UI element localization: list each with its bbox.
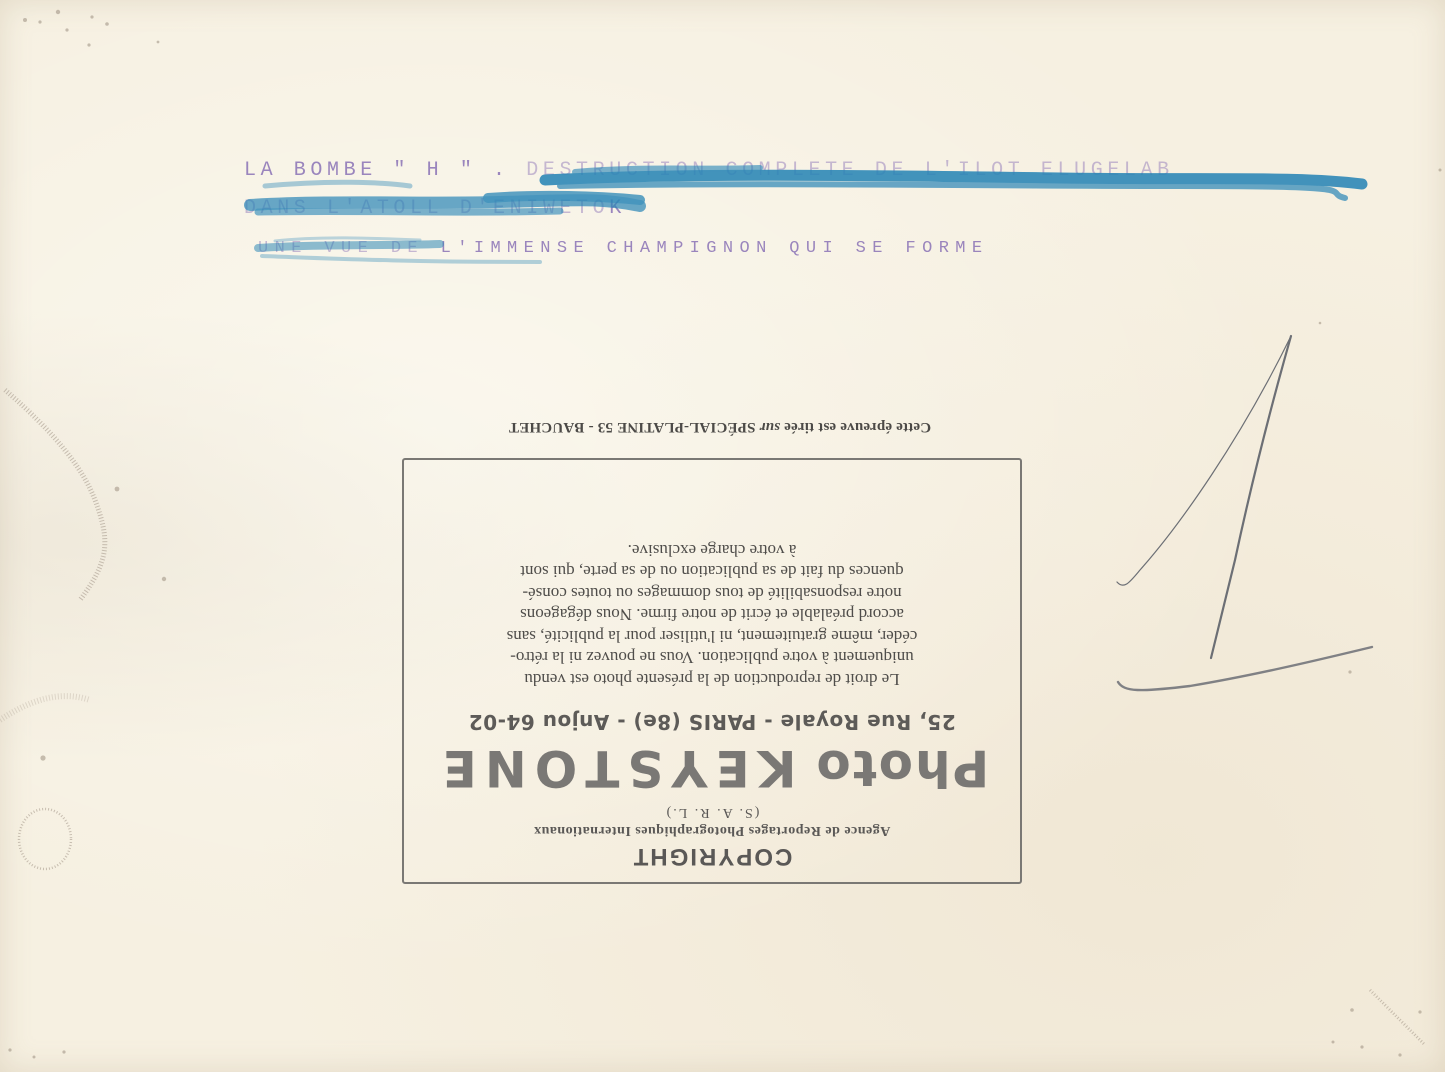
caption-line-2-tail: K	[609, 197, 626, 220]
notice-line: accord préalable et écrit de notre firme…	[442, 604, 982, 626]
paper-note-suffix: SPÉCIAL-PLATINE 53 - BAUCHET	[509, 419, 756, 435]
copyright-heading: COPYRIGHT	[404, 842, 1020, 870]
notice-line: à votre charge exclusive.	[442, 540, 982, 562]
agency-name: Agence de Reportages Photographiques Int…	[404, 822, 1020, 838]
notice-line: uniquement à votre publication. Vous ne …	[442, 647, 982, 669]
pencil-numeral-1-icon	[1100, 320, 1400, 720]
brand-name: KEYSTONE	[435, 739, 797, 797]
notice-line: Le droit de reproduction de la présente …	[442, 669, 982, 691]
paper-grade-note: Cette épreuve est tirée sur SPÉCIAL-PLAT…	[440, 418, 1000, 435]
caption-line-1-crossed: DESTRUCTION COMPLETE DE L'ILOT ELUGELAB	[526, 159, 1173, 182]
paper-note-prefix: Cette épreuve est tirée	[784, 419, 931, 435]
paper-note-sur: sur	[759, 419, 780, 435]
notice-line: notre responsabilité de tous dommages ou…	[442, 583, 982, 605]
caption-line-3-crossed: UNE VUE DE	[258, 239, 424, 258]
copyright-stamp: COPYRIGHT Agence de Reportages Photograp…	[402, 458, 1022, 884]
brand-prefix: Photo	[814, 739, 989, 797]
caption-line-2: DANS L'ATOLL D'ENIWETOK	[244, 188, 1174, 228]
notice-line: quences du fait de sa publication ou de …	[442, 561, 982, 583]
notice-line: céder, même gratuitement, ni l'utiliser …	[442, 626, 982, 648]
agency-address: 25, Rue Royale - PARIS (8e) - Anjou 64-0…	[404, 710, 1020, 734]
caption-line-1-visible: LA BOMBE " H " .	[244, 159, 510, 182]
brand-logo: PhotoKEYSTONE	[404, 738, 1020, 798]
caption-line-3: UNE VUE DE L'IMMENSE CHAMPIGNON QUI SE F…	[244, 228, 1174, 270]
legal-form: (S. A. R. L.)	[404, 804, 1020, 820]
rights-notice: Le droit de reproduction de la présente …	[442, 540, 982, 691]
caption-stamp: LA BOMBE " H " . DESTRUCTION COMPLETE DE…	[244, 150, 1174, 270]
caption-line-3-visible: L'IMMENSE CHAMPIGNON QUI SE FORME	[441, 239, 989, 258]
caption-line-1: LA BOMBE " H " . DESTRUCTION COMPLETE DE…	[244, 150, 1174, 188]
caption-line-2-crossed: DANS L'ATOLL D'ENIWETO	[244, 197, 609, 220]
